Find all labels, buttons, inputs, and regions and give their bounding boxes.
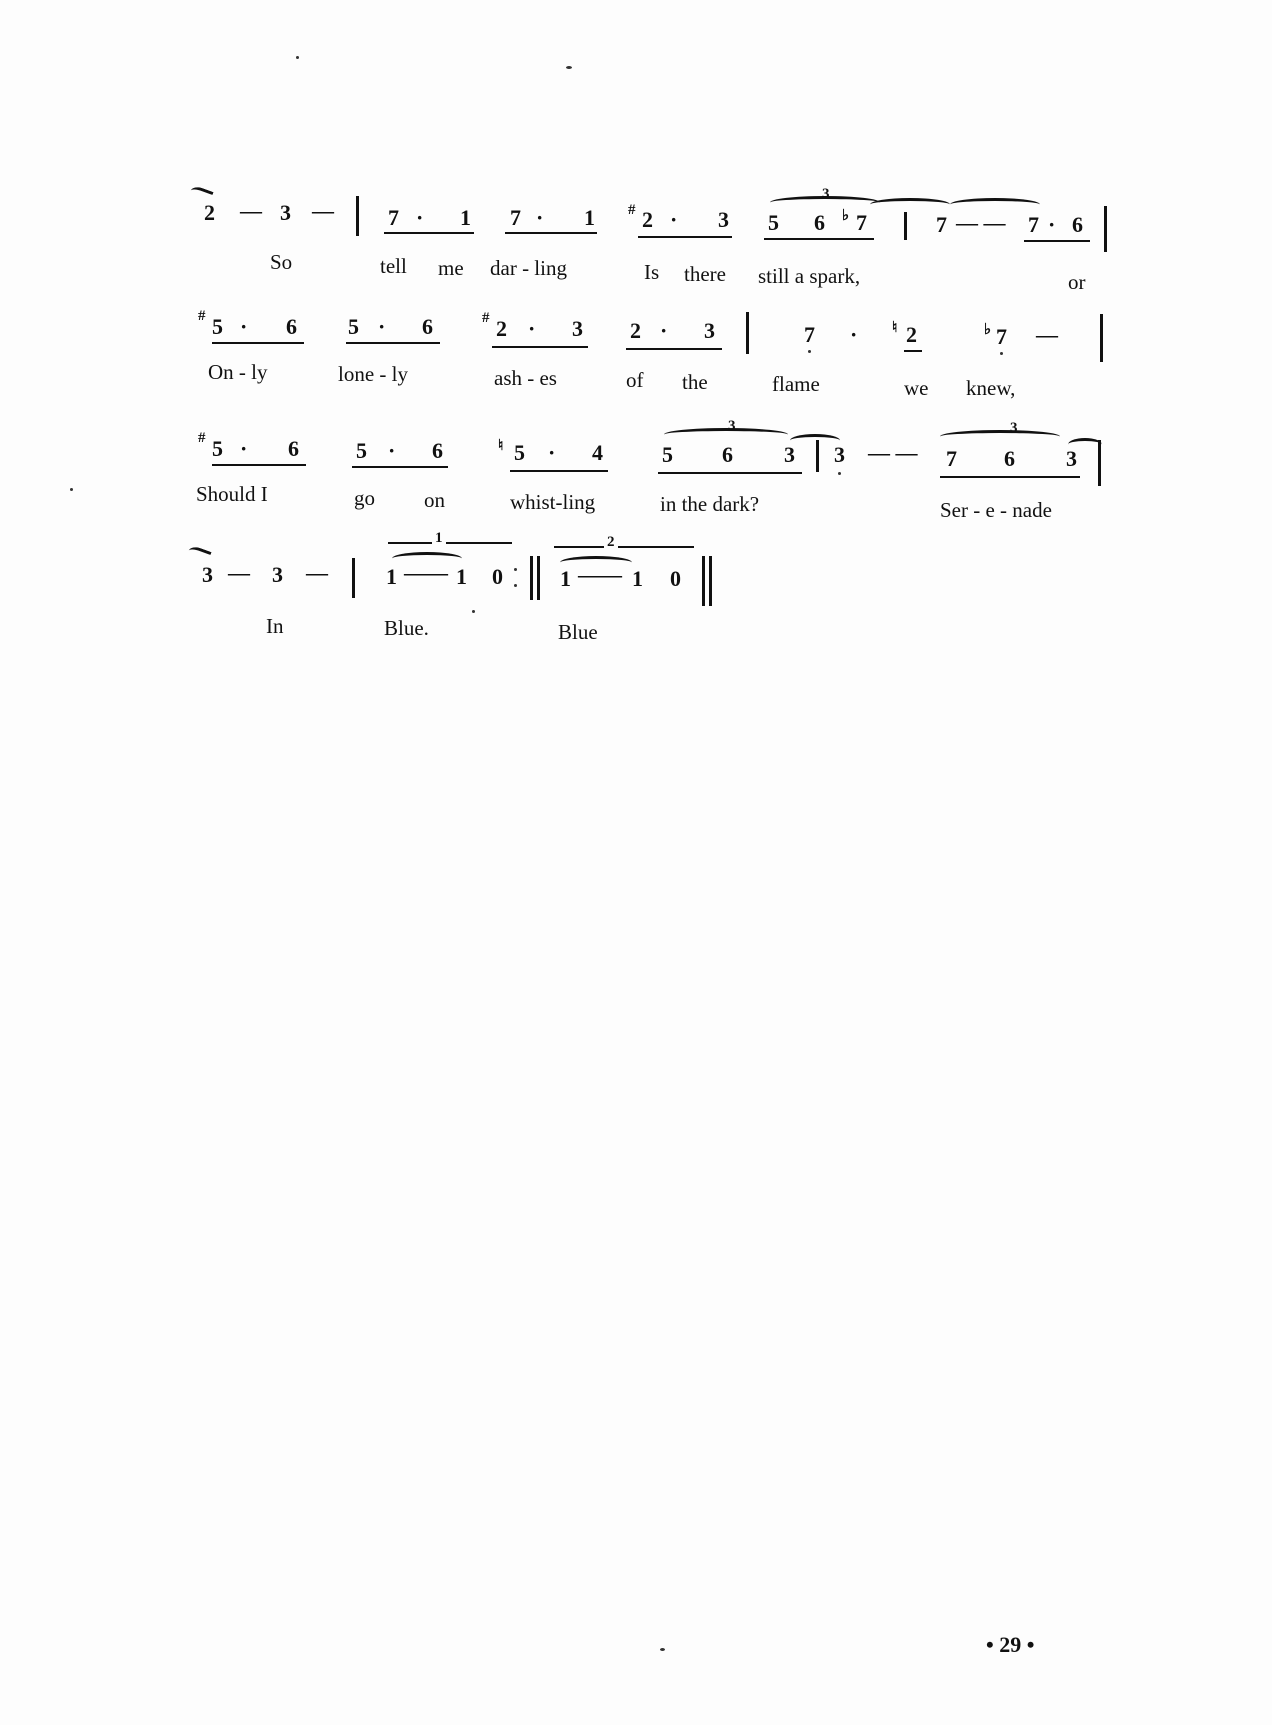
lyric: Blue. bbox=[384, 616, 429, 641]
flat-sign: ♭ bbox=[984, 320, 991, 339]
dot: · bbox=[548, 440, 555, 466]
dash: — bbox=[240, 198, 262, 224]
underline bbox=[764, 238, 874, 240]
dashes: — — bbox=[956, 210, 1006, 236]
note: 6 bbox=[1004, 446, 1015, 472]
note: 2 bbox=[906, 322, 917, 348]
note: 3 bbox=[202, 562, 213, 588]
triplet-number: 3 bbox=[822, 186, 830, 203]
final-bar-line bbox=[702, 556, 705, 606]
lyric: whist-ling bbox=[510, 490, 595, 515]
repeat-bar-line bbox=[530, 556, 533, 600]
underline bbox=[510, 470, 608, 472]
dashes: —— bbox=[578, 562, 622, 588]
note: 5 bbox=[212, 436, 223, 462]
lyric: lone - ly bbox=[338, 362, 408, 387]
note: 7 bbox=[936, 212, 947, 238]
dot: · bbox=[660, 318, 667, 344]
bar-line bbox=[356, 196, 359, 236]
note: 3 bbox=[704, 318, 715, 344]
underline bbox=[212, 464, 306, 466]
dot: · bbox=[416, 205, 423, 231]
tie bbox=[1068, 438, 1102, 451]
final-bar-line bbox=[709, 556, 712, 606]
bar-line bbox=[1098, 440, 1101, 486]
lyric: Ser - e - nade bbox=[940, 498, 1052, 523]
note: 6 bbox=[422, 314, 433, 340]
dashes: —— bbox=[404, 560, 448, 586]
lyric: still a spark, bbox=[758, 264, 860, 289]
underline bbox=[505, 232, 597, 234]
lyric: Blue bbox=[558, 620, 598, 645]
note: 1 bbox=[584, 205, 595, 231]
note: 0 bbox=[670, 566, 681, 592]
bar-line bbox=[904, 212, 907, 240]
triplet-number: 3 bbox=[728, 418, 736, 435]
speck bbox=[70, 488, 73, 491]
note: 1 bbox=[386, 564, 397, 590]
note: 5 bbox=[348, 314, 359, 340]
ending-bracket bbox=[388, 542, 512, 544]
lyric: dar - ling bbox=[490, 256, 567, 281]
note: 3 bbox=[280, 200, 291, 226]
page-number: • 29 • bbox=[986, 1632, 1034, 1658]
speck bbox=[660, 1648, 665, 1651]
lyric: we bbox=[904, 376, 929, 401]
low-octave-dot bbox=[808, 350, 811, 353]
note: 6 bbox=[286, 314, 297, 340]
sharp-sign: # bbox=[628, 202, 636, 219]
speck bbox=[296, 56, 299, 59]
note: 7 bbox=[856, 210, 867, 236]
note: 7 bbox=[804, 322, 815, 348]
note: 7 bbox=[946, 446, 957, 472]
sharp-sign: # bbox=[482, 310, 490, 327]
note: 2 bbox=[204, 200, 215, 226]
lyric: Should I bbox=[196, 482, 268, 507]
note: 3 bbox=[834, 442, 845, 468]
natural-sign: ♮ bbox=[498, 436, 503, 455]
underline bbox=[638, 236, 732, 238]
note: 0 bbox=[492, 564, 503, 590]
repeat-dot bbox=[514, 584, 517, 587]
speck bbox=[472, 610, 475, 613]
note: 5 bbox=[356, 438, 367, 464]
note: 4 bbox=[592, 440, 603, 466]
ending-number: 1 bbox=[432, 530, 446, 547]
low-octave-dot bbox=[1000, 352, 1003, 355]
note: 6 bbox=[722, 442, 733, 468]
note: 1 bbox=[632, 566, 643, 592]
note: 3 bbox=[272, 562, 283, 588]
tie bbox=[790, 434, 840, 447]
note: 1 bbox=[560, 566, 571, 592]
note: 7 bbox=[996, 324, 1007, 350]
dot: · bbox=[850, 322, 857, 348]
lyric: of bbox=[626, 368, 644, 393]
dashes: — — bbox=[868, 440, 918, 466]
bar-line bbox=[352, 558, 355, 598]
dash: — bbox=[312, 198, 334, 224]
song-sheet-page: 2 — 3 — 7 · 1 7 · 1 # 2 · 3 3 5 6 ♭ 7 7 … bbox=[0, 0, 1272, 1725]
triplet-slur bbox=[664, 428, 788, 441]
dash: — bbox=[306, 560, 328, 586]
lyric: tell bbox=[380, 254, 407, 279]
ending-bracket bbox=[554, 546, 694, 548]
note: 6 bbox=[432, 438, 443, 464]
note: 3 bbox=[718, 207, 729, 233]
triplet-number: 3 bbox=[1010, 420, 1018, 437]
dot: · bbox=[1048, 212, 1055, 238]
triplet-slur bbox=[940, 430, 1060, 443]
note: 7 bbox=[388, 205, 399, 231]
lyric: In bbox=[266, 614, 284, 639]
dot: · bbox=[240, 436, 247, 462]
lyric: flame bbox=[772, 372, 820, 397]
underline bbox=[940, 476, 1080, 478]
speck bbox=[566, 66, 572, 69]
dash: — bbox=[1036, 322, 1058, 348]
note: 1 bbox=[456, 564, 467, 590]
lyric: On - ly bbox=[208, 360, 268, 385]
note: 1 bbox=[460, 205, 471, 231]
bar-line bbox=[746, 312, 749, 354]
note: 6 bbox=[1072, 212, 1083, 238]
natural-sign: ♮ bbox=[892, 318, 897, 337]
flat-sign: ♭ bbox=[842, 206, 849, 225]
dash: — bbox=[228, 560, 250, 586]
underline bbox=[626, 348, 722, 350]
dot: · bbox=[536, 205, 543, 231]
lyric: on bbox=[424, 488, 445, 513]
lyric: knew, bbox=[966, 376, 1015, 401]
lyric: go bbox=[354, 486, 375, 511]
tie bbox=[870, 198, 950, 211]
bar-line bbox=[816, 440, 819, 472]
lyric: or bbox=[1068, 270, 1086, 295]
dot: · bbox=[240, 314, 247, 340]
note: 2 bbox=[496, 316, 507, 342]
underline bbox=[346, 342, 440, 344]
underline bbox=[384, 232, 474, 234]
lyric: in the dark? bbox=[660, 492, 759, 517]
dot: · bbox=[670, 207, 677, 233]
bar-line bbox=[1100, 314, 1103, 362]
note: 7 bbox=[1028, 212, 1039, 238]
underline bbox=[1024, 240, 1090, 242]
repeat-bar-line bbox=[537, 556, 540, 600]
repeat-dot bbox=[514, 568, 517, 571]
note: 5 bbox=[662, 442, 673, 468]
sharp-sign: # bbox=[198, 430, 206, 447]
underline bbox=[352, 466, 448, 468]
note: 6 bbox=[288, 436, 299, 462]
underline bbox=[212, 342, 304, 344]
note: 2 bbox=[642, 207, 653, 233]
lyric: the bbox=[682, 370, 708, 395]
note: 2 bbox=[630, 318, 641, 344]
note: 5 bbox=[768, 210, 779, 236]
underline bbox=[904, 350, 922, 352]
note: 6 bbox=[814, 210, 825, 236]
lyric: me bbox=[438, 256, 464, 281]
sharp-sign: # bbox=[198, 308, 206, 325]
note: 5 bbox=[212, 314, 223, 340]
note: 3 bbox=[572, 316, 583, 342]
lyric: Is bbox=[644, 260, 659, 285]
lyric: So bbox=[270, 250, 292, 275]
low-octave-dot bbox=[838, 472, 841, 475]
dot: · bbox=[388, 438, 395, 464]
note: 7 bbox=[510, 205, 521, 231]
underline bbox=[658, 472, 802, 474]
bar-line bbox=[1104, 206, 1107, 252]
note: 5 bbox=[514, 440, 525, 466]
lyric: there bbox=[684, 262, 726, 287]
dot: · bbox=[528, 316, 535, 342]
underline bbox=[492, 346, 588, 348]
ending-number: 2 bbox=[604, 534, 618, 551]
dot: · bbox=[378, 314, 385, 340]
lyric: ash - es bbox=[494, 366, 557, 391]
